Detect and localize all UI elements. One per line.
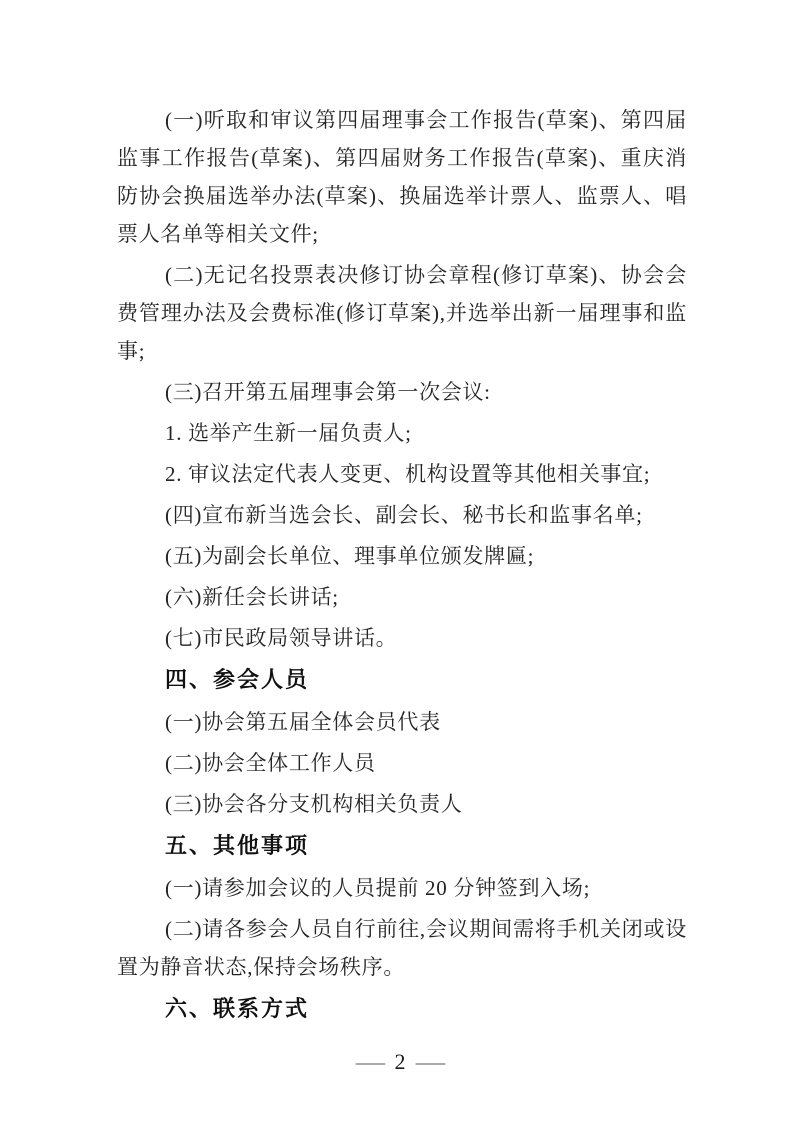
paragraph: (三)召开第五届理事会第一次会议: xyxy=(117,373,687,411)
paragraph: (二)无记名投票表决修订协会章程(修订草案)、协会会费管理办法及会费标准(修订草… xyxy=(117,256,687,370)
section-heading: 五、其他事项 xyxy=(117,827,687,865)
page-footer: —2— xyxy=(0,1049,800,1075)
document-page: (一)听取和审议第四届理事会工作报告(草案)、第四届监事工作报告(草案)、第四届… xyxy=(0,0,800,1131)
paragraph: (一)听取和审议第四届理事会工作报告(草案)、第四届监事工作报告(草案)、第四届… xyxy=(117,101,687,253)
document-body: (一)听取和审议第四届理事会工作报告(草案)、第四届监事工作报告(草案)、第四届… xyxy=(117,101,687,1032)
footer-dash-left: — xyxy=(355,1049,384,1075)
paragraph: (六)新任会长讲话; xyxy=(117,578,687,616)
paragraph: (三)协会各分支机构相关负责人 xyxy=(117,785,687,823)
paragraph: (二)协会全体工作人员 xyxy=(117,744,687,782)
paragraph: (四)宣布新当选会长、副会长、秘书长和监事名单; xyxy=(117,496,687,534)
page-number: 2 xyxy=(395,1049,406,1075)
paragraph: (一)请参加会议的人员提前 20 分钟签到入场; xyxy=(117,869,687,907)
paragraph: 1. 选举产生新一届负责人; xyxy=(117,414,687,452)
paragraph: (七)市民政局领导讲话。 xyxy=(117,619,687,657)
paragraph: (五)为副会长单位、理事单位颁发牌匾; xyxy=(117,537,687,575)
paragraph: 2. 审议法定代表人变更、机构设置等其他相关事宜; xyxy=(117,455,687,493)
section-heading: 六、联系方式 xyxy=(117,990,687,1028)
footer-dash-right: — xyxy=(415,1049,444,1075)
paragraph: (一)协会第五届全体会员代表 xyxy=(117,703,687,741)
section-heading: 四、参会人员 xyxy=(117,661,687,699)
paragraph: (二)请各参会人员自行前往,会议期间需将手机关闭或设置为静音状态,保持会场秩序。 xyxy=(117,910,687,986)
